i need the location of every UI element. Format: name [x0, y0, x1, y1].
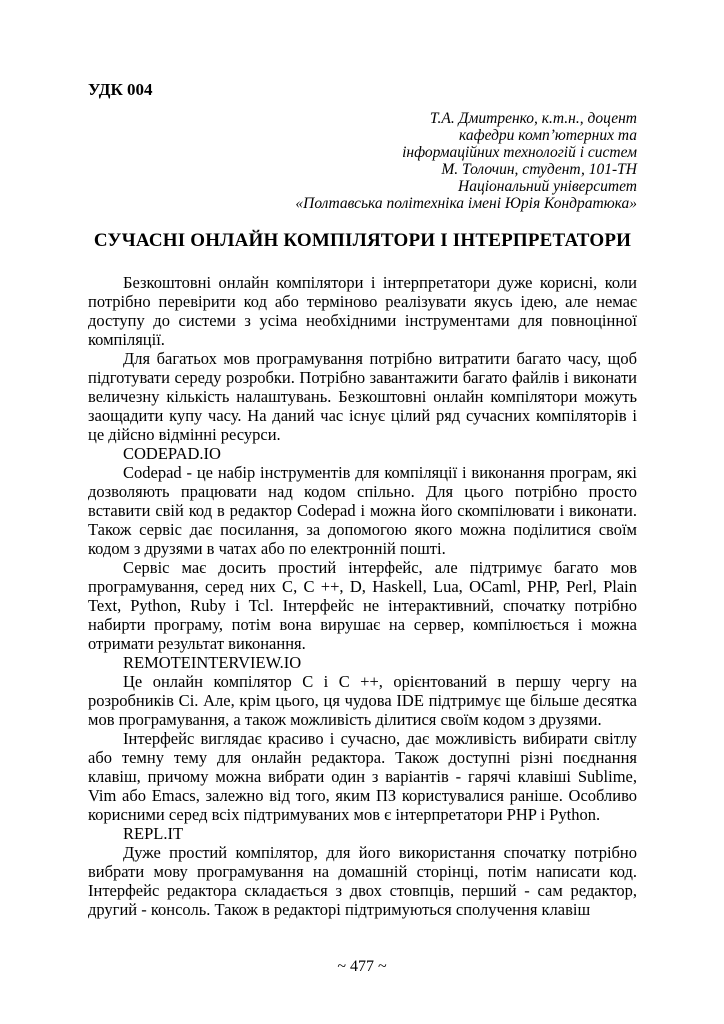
author-line: інформаційних технологій і систем	[88, 144, 637, 161]
author-line: Т.А. Дмитренко, к.т.н., доцент	[88, 110, 637, 127]
udk-code: УДК 004	[88, 80, 637, 100]
paragraph: Безкоштовні онлайн компілятори і інтерпр…	[88, 273, 637, 349]
section-heading-codepad: CODEPAD.IO	[88, 444, 637, 463]
paragraph: Для багатьох мов програмування потрібно …	[88, 349, 637, 444]
author-line: кафедри компʼютерних та	[88, 127, 637, 144]
paragraph: Інтерфейс виглядає красиво і сучасно, да…	[88, 729, 637, 824]
page-content: УДК 004 Т.А. Дмитренко, к.т.н., доцент к…	[88, 80, 637, 919]
paragraph: Дуже простий компілятор, для його викори…	[88, 843, 637, 919]
author-block: Т.А. Дмитренко, к.т.н., доцент кафедри к…	[88, 110, 637, 212]
section-heading-remoteinterview: REMOTEINTERVIEW.IO	[88, 653, 637, 672]
author-line: Національний університет	[88, 178, 637, 195]
author-line: «Полтавська політехніка імені Юрія Кондр…	[88, 195, 637, 212]
paragraph: Сервіс має досить простий інтерфейс, але…	[88, 558, 637, 653]
document-page: УДК 004 Т.А. Дмитренко, к.т.н., доцент к…	[0, 0, 724, 1024]
paragraph: Codepad - це набір інструментів для комп…	[88, 463, 637, 558]
section-heading-replit: REPL.IT	[88, 824, 637, 843]
article-title: СУЧАСНІ ОНЛАЙН КОМПІЛЯТОРИ І ІНТЕРПРЕТАТ…	[88, 229, 637, 252]
paragraph: Це онлайн компілятор C і C ++, орієнтова…	[88, 672, 637, 729]
page-number: ~ 477 ~	[0, 957, 724, 976]
author-line: М. Толочин, студент, 101-ТН	[88, 161, 637, 178]
article-body: Безкоштовні онлайн компілятори і інтерпр…	[88, 273, 637, 919]
